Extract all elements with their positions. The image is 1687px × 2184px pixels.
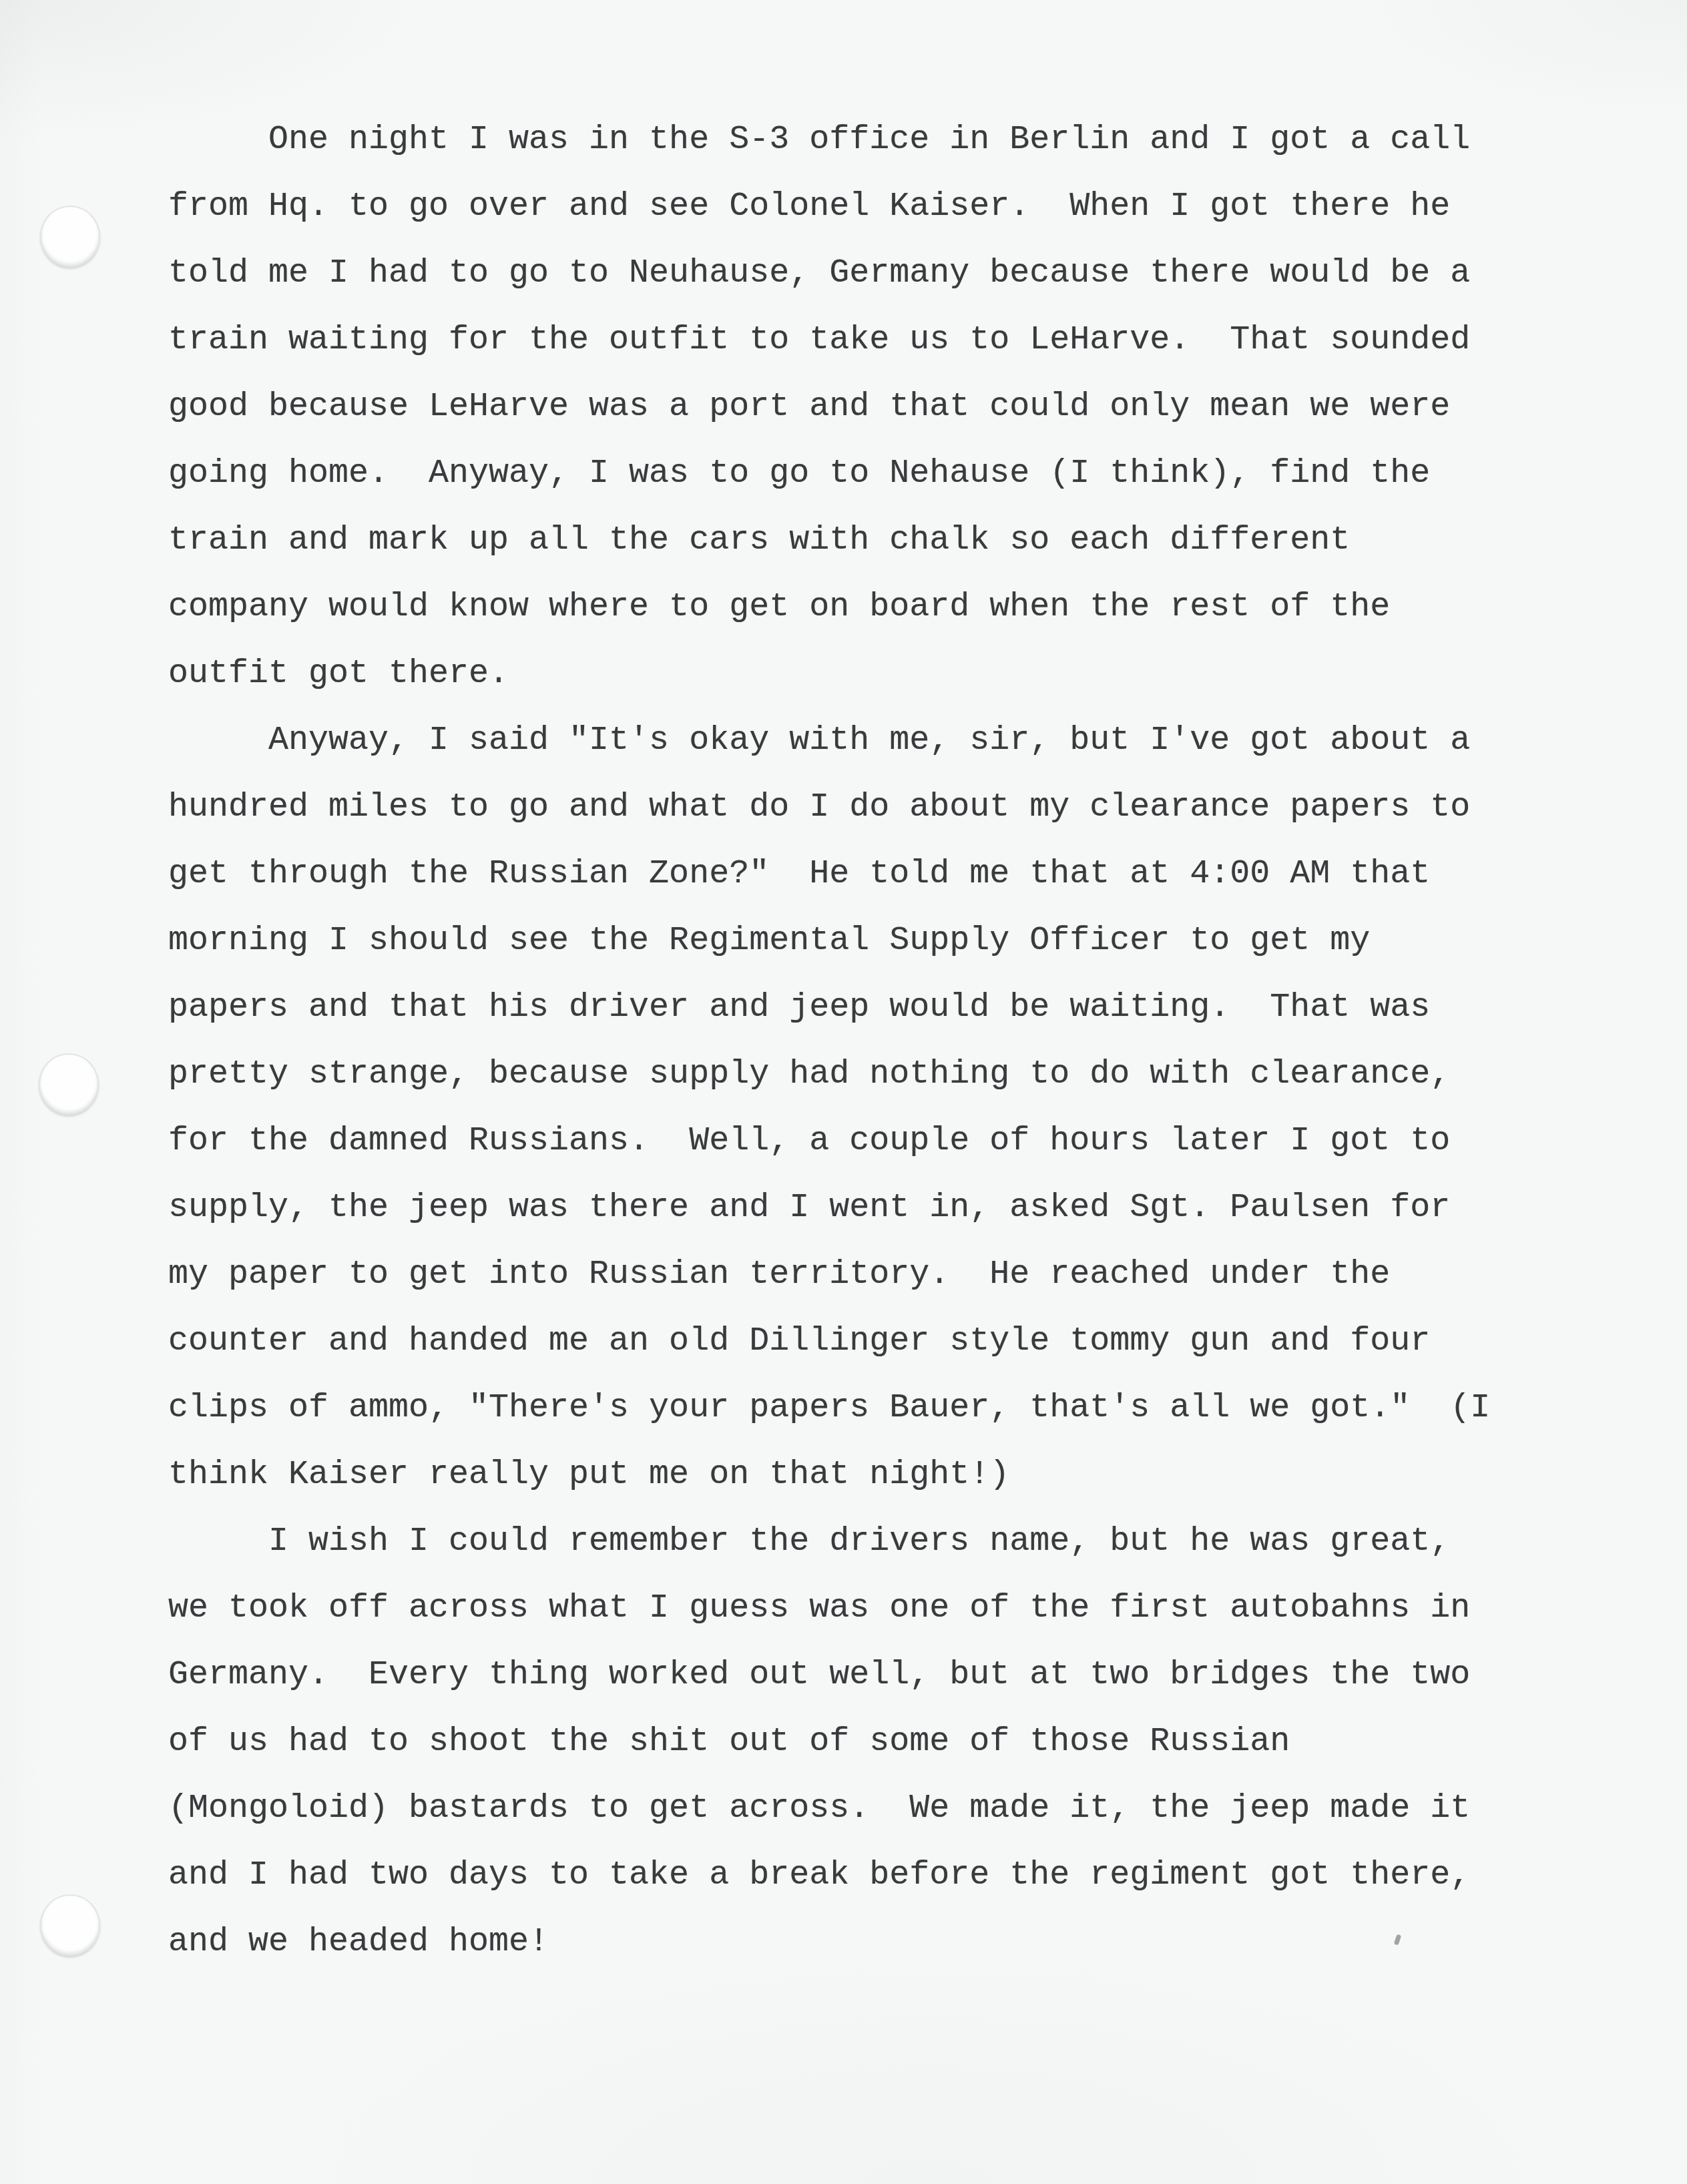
text-line: One night I was in the S-3 office in Ber…: [168, 107, 1687, 174]
text-line: pretty strange, because supply had nothi…: [168, 1041, 1687, 1108]
punch-hole-middle: [39, 1053, 99, 1115]
text-line: counter and handed me an old Dillinger s…: [168, 1308, 1687, 1375]
text-line: papers and that his driver and jeep woul…: [168, 975, 1687, 1041]
text-line: we took off across what I guess was one …: [168, 1575, 1687, 1642]
scanned-document-page: One night I was in the S-3 office in Ber…: [0, 0, 1687, 2184]
text-line: company would know where to get on board…: [168, 574, 1687, 641]
text-line: for the damned Russians. Well, a couple …: [168, 1108, 1687, 1175]
text-line: good because LeHarve was a port and that…: [168, 374, 1687, 441]
text-line: my paper to get into Russian territory. …: [168, 1242, 1687, 1308]
text-line: outfit got there.: [168, 641, 1687, 708]
text-line: going home. Anyway, I was to go to Nehau…: [168, 441, 1687, 507]
text-line: morning I should see the Regimental Supp…: [168, 908, 1687, 975]
text-line: train and mark up all the cars with chal…: [168, 507, 1687, 574]
typewritten-text-block: One night I was in the S-3 office in Ber…: [168, 107, 1687, 1976]
text-line: and we headed home!: [168, 1909, 1687, 1976]
text-line: of us had to shoot the shit out of some …: [168, 1709, 1687, 1776]
text-line: hundred miles to go and what do I do abo…: [168, 774, 1687, 841]
text-line: told me I had to go to Neuhause, Germany…: [168, 240, 1687, 307]
text-line: get through the Russian Zone?" He told m…: [168, 841, 1687, 908]
text-line: and I had two days to take a break befor…: [168, 1842, 1687, 1909]
text-line: (Mongoloid) bastards to get across. We m…: [168, 1776, 1687, 1842]
text-line: Germany. Every thing worked out well, bu…: [168, 1642, 1687, 1709]
punch-hole-bottom: [40, 1894, 100, 1956]
text-line: train waiting for the outfit to take us …: [168, 307, 1687, 374]
text-line: supply, the jeep was there and I went in…: [168, 1175, 1687, 1242]
text-line: think Kaiser really put me on that night…: [168, 1442, 1687, 1509]
text-line: I wish I could remember the drivers name…: [168, 1509, 1687, 1575]
text-line: clips of ammo, "There's your papers Baue…: [168, 1375, 1687, 1442]
text-line: from Hq. to go over and see Colonel Kais…: [168, 174, 1687, 240]
punch-hole-top: [40, 206, 100, 267]
text-line: Anyway, I said "It's okay with me, sir, …: [168, 708, 1687, 774]
